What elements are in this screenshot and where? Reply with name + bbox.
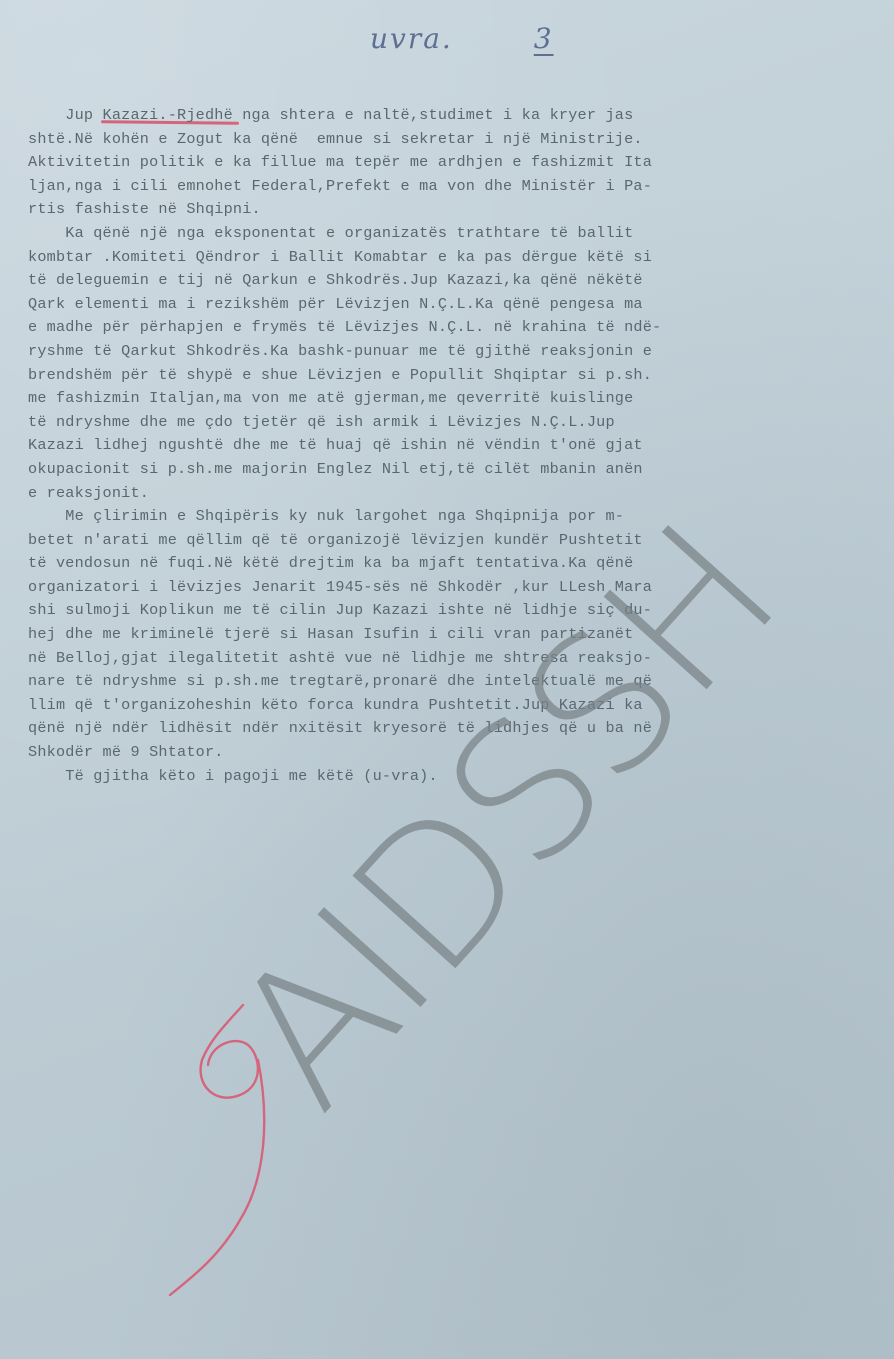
- typed-line: të vendosun në fuqi.Në këtë drejtim ka b…: [28, 552, 894, 576]
- typed-line: Kazazi lidhej ngushtë dhe me të huaj që …: [28, 434, 894, 458]
- document-page: uvra. 3 Jup Kazazi.-Rjedhë nga shtera e …: [0, 0, 894, 1359]
- typed-line: e reaksjonit.: [28, 482, 894, 506]
- handwritten-note: uvra.: [370, 22, 453, 55]
- red-pencil-mark-icon: [140, 1000, 280, 1300]
- typed-line: të ndryshme dhe me çdo tjetër që ish arm…: [28, 411, 894, 435]
- page-number: 3: [534, 22, 554, 55]
- typed-line: brendshëm për të shypë e shue Lëvizjen e…: [28, 364, 894, 388]
- typed-line: kombtar .Komiteti Qëndror i Ballit Komab…: [28, 246, 894, 270]
- typed-line: okupacionit si p.sh.me majorin Englez Ni…: [28, 458, 894, 482]
- typed-line: rtis fashiste në Shqipni.: [28, 198, 894, 222]
- typed-line: e madhe për përhapjen e frymës të Lëvizj…: [28, 316, 894, 340]
- typed-line: Aktivitetin politik e ka fillue ma tepër…: [28, 151, 894, 175]
- typed-line: Me çlirimin e Shqipëris ky nuk largohet …: [28, 505, 894, 529]
- typed-line: me fashizmin Italjan,ma von me atë gjerm…: [28, 387, 894, 411]
- typed-line: betet n'arati me qëllim që të organizojë…: [28, 529, 894, 553]
- typed-line: të deleguemin e tij në Qarkun e Shkodrës…: [28, 269, 894, 293]
- typed-line: ryshme të Qarkut Shkodrës.Ka bashk-punua…: [28, 340, 894, 364]
- typed-line: Qark elementi ma i rezikshëm për Lëvizje…: [28, 293, 894, 317]
- typed-line: ljan,nga i cili emnohet Federal,Prefekt …: [28, 175, 894, 199]
- typed-line: Jup Kazazi.-Rjedhë nga shtera e naltë,st…: [28, 104, 894, 128]
- typed-line: Ka qënë një nga eksponentat e organizatë…: [28, 222, 894, 246]
- handwritten-header: uvra. 3: [370, 22, 554, 55]
- typed-line: shtë.Në kohën e Zogut ka qënë emnue si s…: [28, 128, 894, 152]
